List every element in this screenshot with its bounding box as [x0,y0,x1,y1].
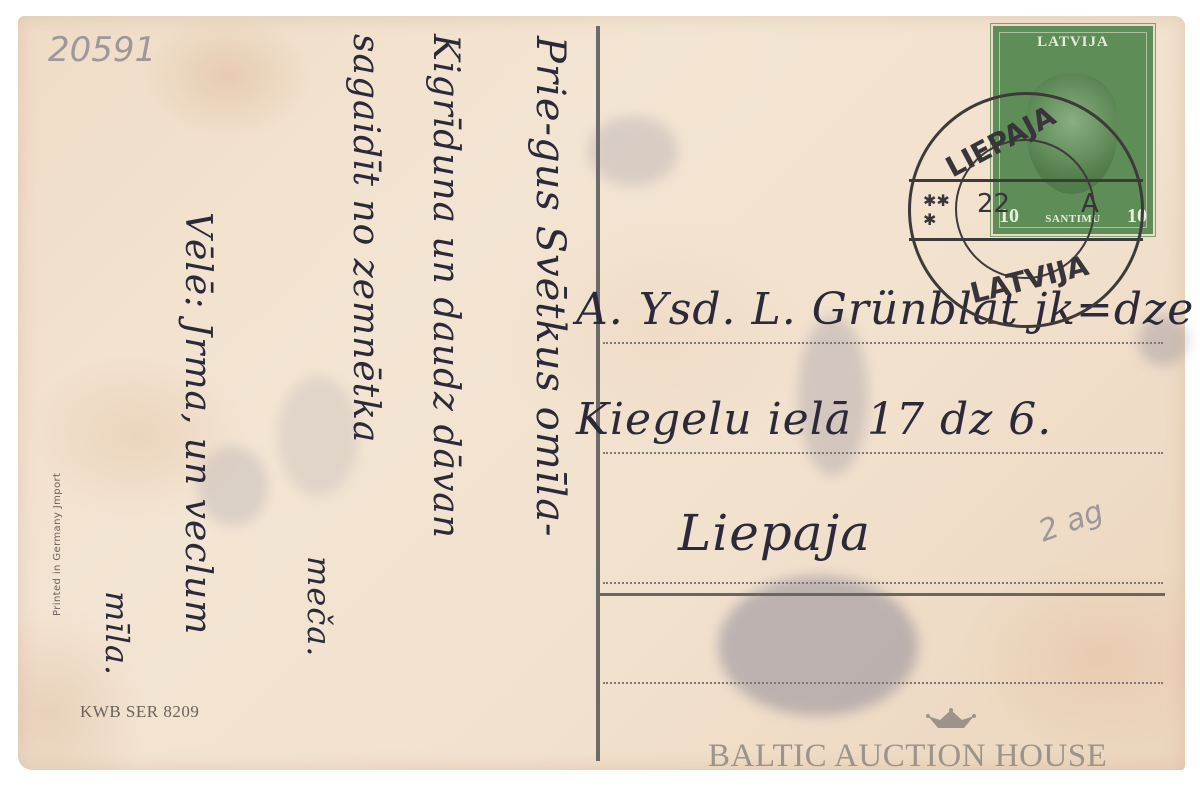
address-city: Liepaja [678,504,871,562]
address-line-4 [603,682,1163,684]
signature-line-end: mīla. [98,591,136,676]
postmark: LIEPAJA 22 A ✱✱✱ LATVIJA [908,92,1144,328]
signature-line: Vēlē: Jrma, un veclum [177,212,218,635]
address-line-3 [603,582,1163,584]
message-line-1: Prie-gus Svētkus omīla- [527,36,573,538]
message-line-2: Kigrīduna un daudz dāvan [425,34,466,539]
message-line-3b: meča. [300,556,338,657]
address-street: Kiegelu ielā 17 dz 6. [576,394,1052,445]
series-code: KWB SER 8209 [80,702,199,722]
printer-imprint: Printed in Germany Jmport [52,473,63,616]
address-rule [600,593,1165,596]
watermark-text: BALTIC AUCTION HOUSE [708,738,1107,775]
pencil-mark: 2 ag [1034,494,1108,549]
postmark-stars-icon: ✱✱✱ [923,191,950,229]
address-line-2 [603,452,1163,454]
ink-smudge [718,576,918,716]
stamp-country: LATVIJA [993,34,1153,51]
message-line-3: sagaidīt no zemnētka [345,34,386,443]
ink-smudge [588,116,678,186]
postmark-suffix: A [1081,189,1099,219]
address-line-1 [603,342,1163,344]
pencil-inventory-number: 20591 [48,30,156,70]
postmark-date: 22 [977,189,1010,219]
crown-icon [924,708,978,732]
postcard-back: 20591 2 ag Printed in Germany Jmport KWB… [18,16,1185,770]
